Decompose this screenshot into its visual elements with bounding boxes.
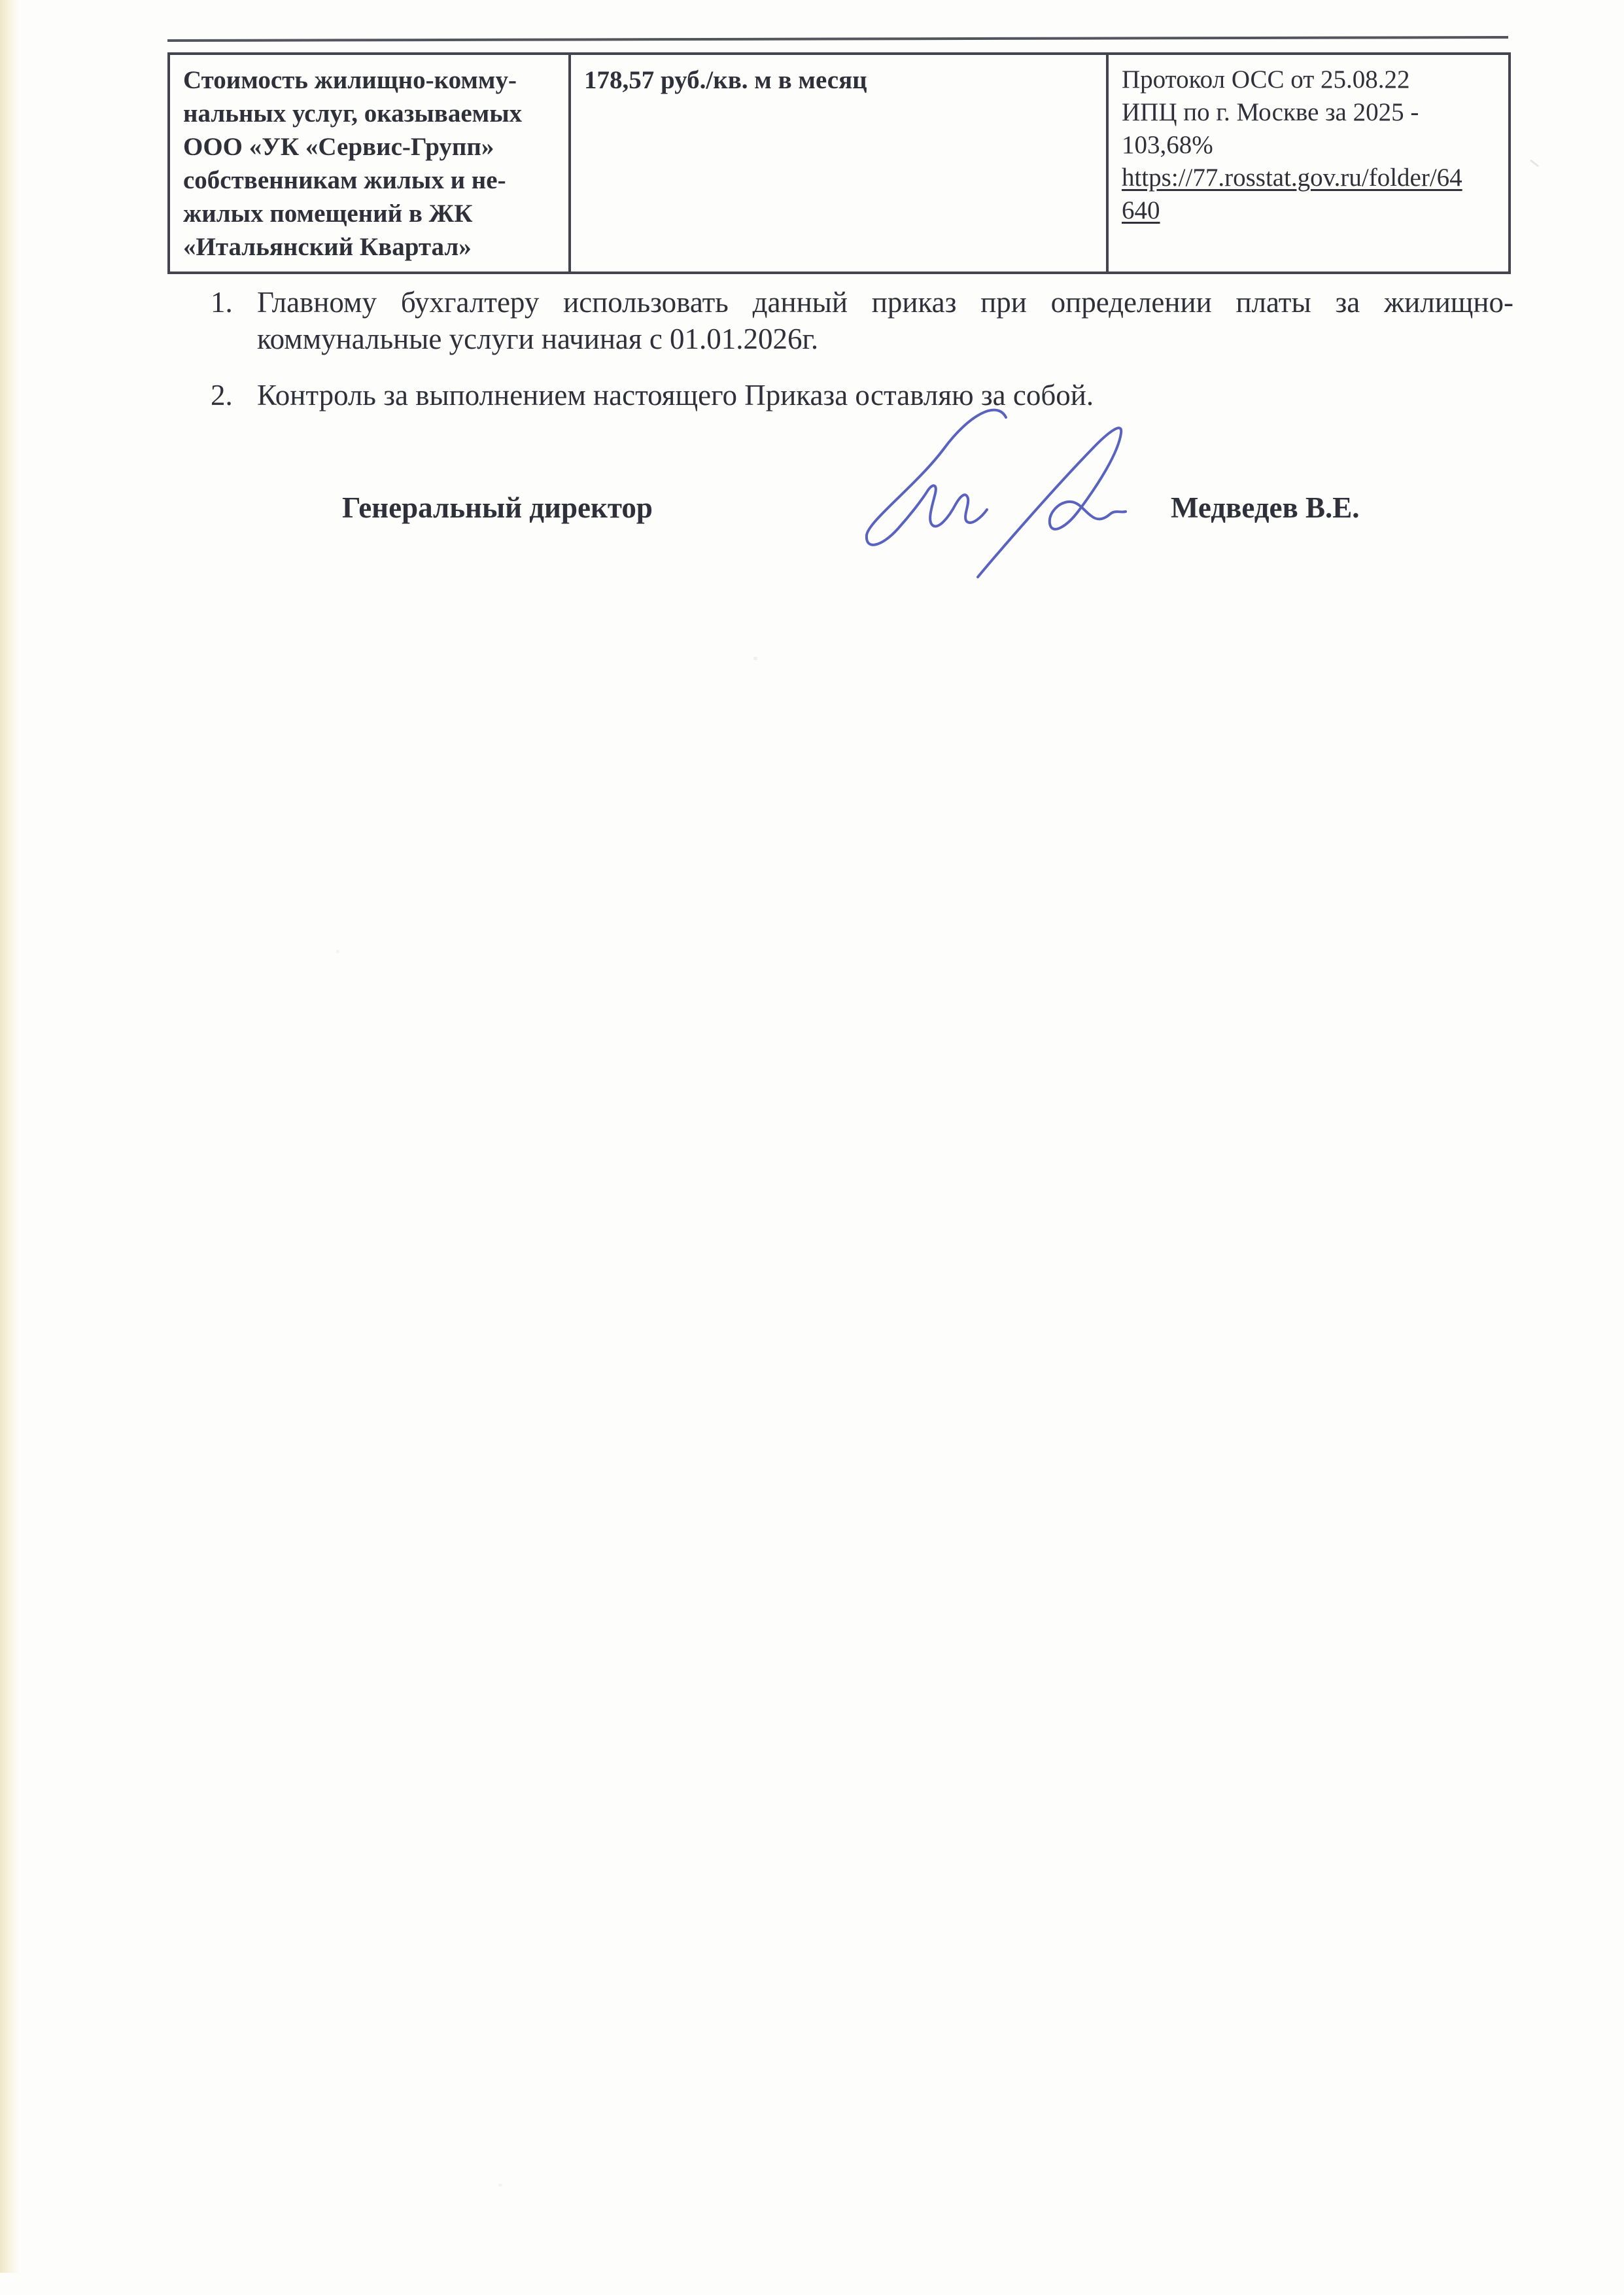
scan-speck [1530,159,1539,167]
cell-service-description: Стоимость жилищно-комму- нальных услуг, … [169,54,570,273]
signatory-name: Медведев В.Е. [1171,489,1360,526]
service-line: нальных услуг, оказываемых [183,97,559,130]
rosstat-link: https://77.rosstat.gov.ru/folder/64 [1122,162,1499,194]
signatory-role-label: Генеральный директор [342,489,653,526]
list-item: 1. Главному бухгалтеру использовать данн… [211,284,1513,357]
scan-edge-artifact [0,0,20,2273]
cell-basis: Протокол ОСС от 25.08.22 ИПЦ по г. Москв… [1107,54,1510,273]
tariff-table: Стоимость жилищно-комму- нальных услуг, … [167,52,1511,274]
service-line: жилых помещений в ЖК [183,197,559,230]
service-line: ООО «УК «Сервис-Групп» [183,130,559,164]
service-line: «Итальянский Квартал» [183,230,559,264]
rosstat-link: 640 [1122,194,1499,227]
scan-speck [753,657,757,660]
price-value: 178,57 руб./кв. м в месяц [584,63,1097,97]
basis-line: 103,68% [1122,129,1499,162]
handwritten-signature [837,393,1151,589]
scan-speck [498,2184,502,2186]
basis-line: Протокол ОСС от 25.08.22 [1122,63,1499,96]
table-continuation-border [167,36,1508,42]
order-text-line: Главному бухгалтеру использовать данный … [257,284,1513,321]
signature-stroke-tail [978,428,1126,577]
tariff-table-row: Стоимость жилищно-комму- нальных услуг, … [169,54,1510,273]
list-item-number: 2. [211,377,233,413]
cell-price: 178,57 руб./кв. м в месяц [570,54,1107,273]
basis-line: ИПЦ по г. Москве за 2025 - [1122,96,1499,129]
signature-stroke-loop [867,410,1006,545]
list-item-number: 1. [211,284,233,321]
service-line: собственникам жилых и не- [183,164,559,197]
scanned-document-page: Стоимость жилищно-комму- нальных услуг, … [0,0,1624,2295]
service-line: Стоимость жилищно-комму- [183,63,559,97]
scan-speck [336,950,339,953]
order-text-line: коммунальные услуги начиная с 01.01.2026… [257,321,1513,357]
